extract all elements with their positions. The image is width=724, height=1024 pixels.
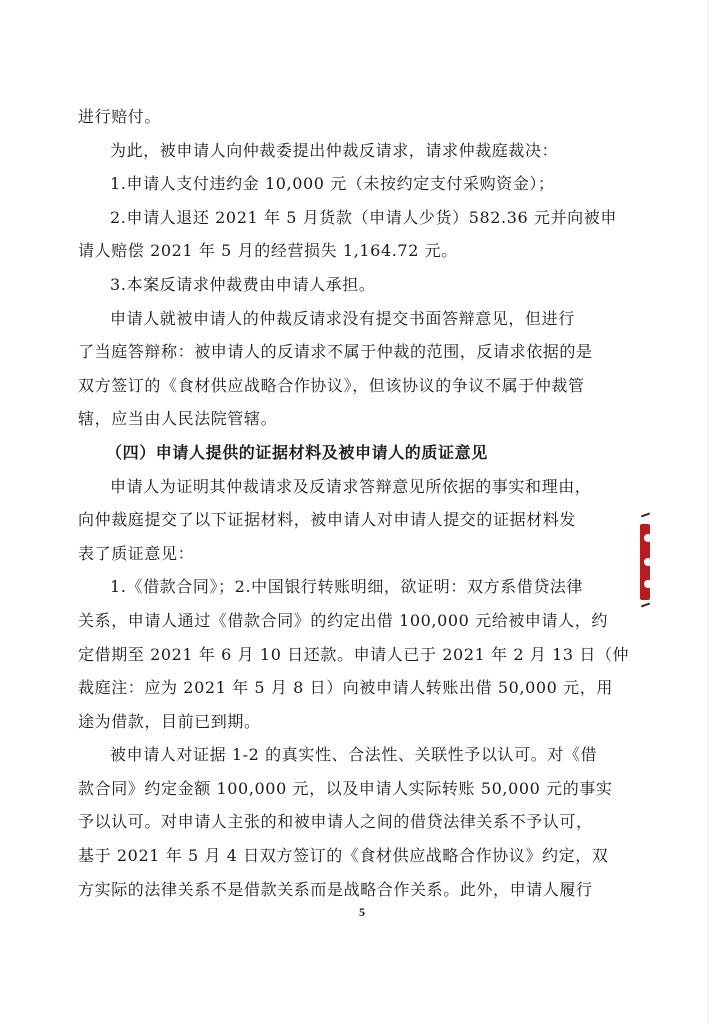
- seal-body: [640, 524, 650, 600]
- counterclaim-item-2: 2.申请人退还 2021 年 5 月货款（申请人少货）582.36 元并向被申: [78, 201, 598, 235]
- page-number: 5: [0, 905, 724, 920]
- evidence-item: 1.《借款合同》；2.中国银行转账明细，欲证明：双方系借贷法律: [78, 570, 598, 604]
- paragraph-line: 予以认可。对申请人主张的和被申请人之间的借贷法律关系不予认可，: [78, 805, 598, 839]
- page-edge: [707, 0, 708, 1024]
- paragraph-line: 进行赔付。: [78, 100, 598, 134]
- counterclaim-item-1: 1.申请人支付违约金 10,000 元（未按约定支付采购资金）；: [78, 167, 598, 201]
- paragraph-line: 了当庭答辩称：被申请人的反请求不属于仲裁的范围，反请求依据的是: [78, 335, 598, 369]
- paragraph-line: 请人赔偿 2021 年 5 月的经营损失 1,164.72 元。: [78, 234, 598, 268]
- paragraph-line: 基于 2021 年 5 月 4 日双方签订的《食材供应战略合作协议》约定，双: [78, 839, 598, 873]
- paragraph-line: 裁庭注：应为 2021 年 5 月 8 日）向被申请人转账出借 50,000 元…: [78, 671, 598, 705]
- red-seal-icon: [638, 510, 652, 610]
- paragraph-line: 申请人就被申请人的仲裁反请求没有提交书面答辩意见，但进行: [78, 302, 598, 336]
- paragraph-line: 途为借款，目前已到期。: [78, 705, 598, 739]
- paragraph-line: 方实际的法律关系不是借款关系而是战略合作关系。此外，申请人履行: [78, 873, 598, 907]
- paragraph-line: 关系，申请人通过《借款合同》的约定出借 100,000 元给被申请人，约: [78, 604, 598, 638]
- paragraph-line: 款合同》约定金额 100,000 元，以及申请人实际转账 50,000 元的事实: [78, 772, 598, 806]
- paragraph-line: 双方签订的《食材供应战略合作协议》，但该协议的争议不属于仲裁管: [78, 369, 598, 403]
- document-body: 进行赔付。 为此，被申请人向仲裁委提出仲裁反请求，请求仲裁庭裁决： 1.申请人支…: [78, 100, 598, 906]
- section-heading: （四）申请人提供的证据材料及被申请人的质证意见: [78, 436, 598, 470]
- seal-notch: [644, 534, 652, 542]
- paragraph-line: 表了质证意见：: [78, 537, 598, 571]
- counterclaim-item-3: 3.本案反请求仲裁费由申请人承担。: [78, 268, 598, 302]
- paragraph-line: 申请人为证明其仲裁请求及反请求答辩意见所依据的事实和理由，: [78, 470, 598, 504]
- paragraph-line: 定借期至 2021 年 6 月 10 日还款。申请人已于 2021 年 2 月 …: [78, 638, 598, 672]
- seal-notch: [644, 558, 652, 566]
- paragraph-line: 辖，应当由人民法院管辖。: [78, 402, 598, 436]
- seal-edge-mark: [641, 513, 650, 518]
- seal-edge-mark: [641, 603, 650, 608]
- paragraph-line: 为此，被申请人向仲裁委提出仲裁反请求，请求仲裁庭裁决：: [78, 134, 598, 168]
- paragraph-line: 被申请人对证据 1-2 的真实性、合法性、关联性予以认可。对《借: [78, 738, 598, 772]
- paragraph-line: 向仲裁庭提交了以下证据材料，被申请人对申请人提交的证据材料发: [78, 503, 598, 537]
- seal-notch: [644, 580, 652, 588]
